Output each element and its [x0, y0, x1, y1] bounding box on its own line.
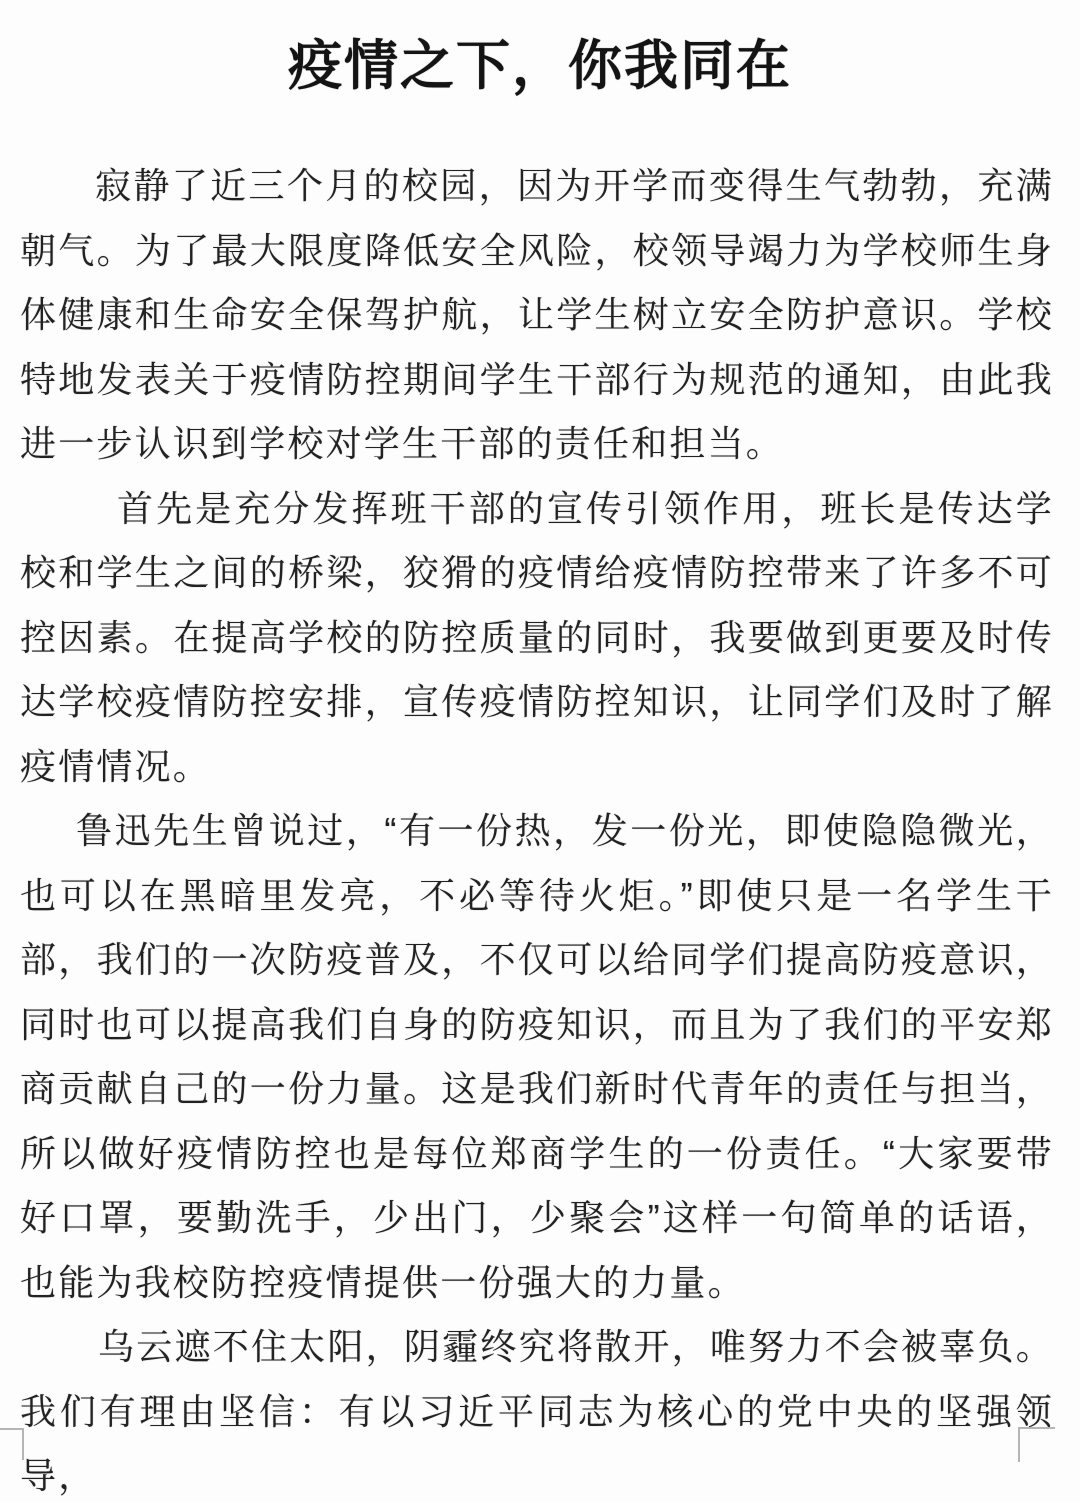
paragraph-2: 首先是充分发挥班干部的宣传引领作用，班长是传达学校和学生之间的桥梁，狡猾的疫情给…: [20, 477, 1054, 800]
paragraph-4: 乌云遮不住太阳，阴霾终究将散开，唯努力不会被辜负。我们有理由坚信：有以习近平同志…: [20, 1315, 1054, 1502]
margin-corner-mark-bottom-left: [0, 1428, 24, 1460]
document-page: 疫情之下，你我同在 寂静了近三个月的校园，因为开学而变得生气勃勃，充满朝气。为了…: [0, 0, 1080, 1502]
margin-corner-mark-bottom-right: [1018, 1427, 1055, 1462]
document-title: 疫情之下，你我同在: [0, 36, 1080, 96]
paragraph-3: 鲁迅先生曾说过，“有一份热，发一份光，即使隐隐微光，也可以在黑暗里发亮，不必等待…: [20, 799, 1054, 1315]
paragraph-1: 寂静了近三个月的校园，因为开学而变得生气勃勃，充满朝气。为了最大限度降低安全风险…: [20, 154, 1054, 477]
document-body: 寂静了近三个月的校园，因为开学而变得生气勃勃，充满朝气。为了最大限度降低安全风险…: [20, 154, 1054, 1502]
